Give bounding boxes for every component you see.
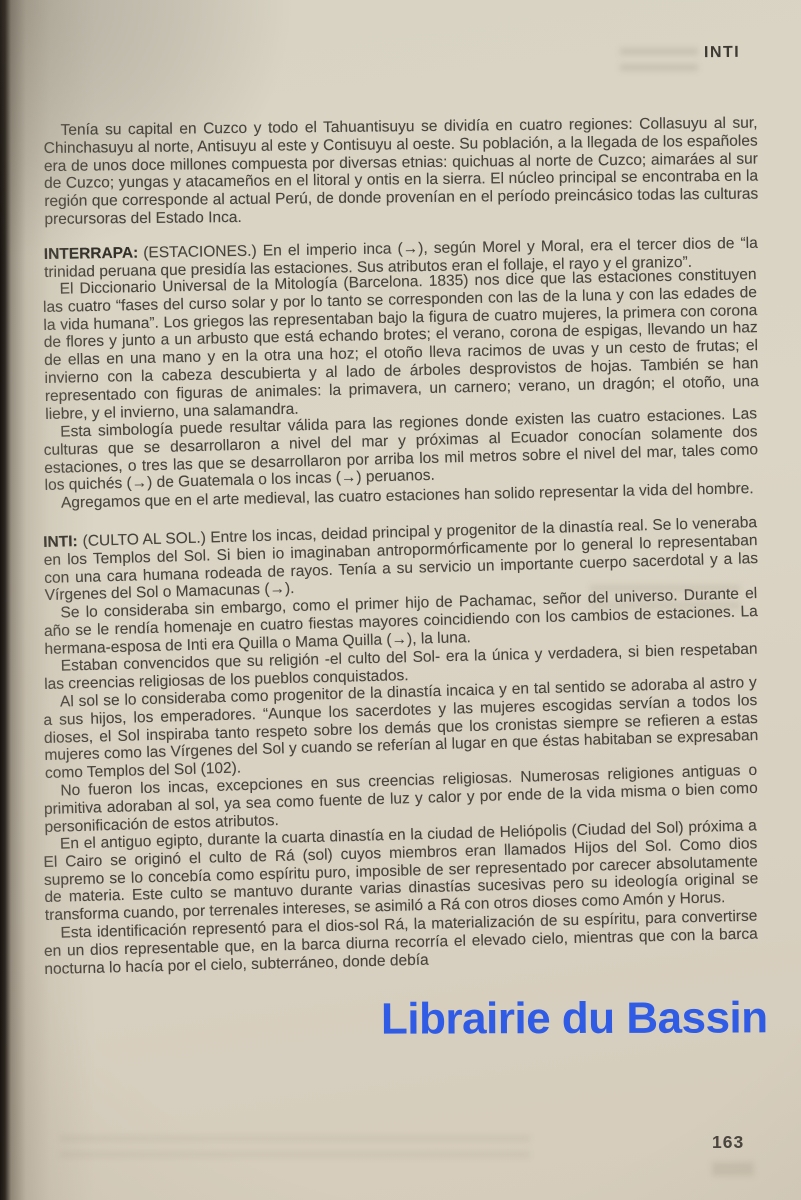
showthrough-ghost-pagenumber bbox=[712, 1162, 754, 1176]
page-number: 163 bbox=[712, 1132, 744, 1153]
running-header: INTI bbox=[704, 44, 740, 62]
entry-term: INTI: bbox=[43, 533, 83, 551]
entry-term: INTERRAPA: bbox=[44, 244, 144, 263]
paragraph-text: Tenía su capital en Cuzco y todo el Tahu… bbox=[44, 115, 759, 228]
page-text-column: Tenía su capital en Cuzco y todo el Tahu… bbox=[44, 122, 758, 979]
paragraph-diccionario-mitologia: El Diccionario Universal de la Mitología… bbox=[43, 266, 760, 423]
paragraph-text: El Diccionario Universal de la Mitología… bbox=[43, 266, 759, 422]
showthrough-ghost-bottom bbox=[60, 1135, 530, 1161]
showthrough-ghost-header bbox=[620, 48, 698, 78]
paragraph-egipto-ra: En el antiguo egipto, durante la cuarta … bbox=[43, 818, 759, 926]
book-page-photo: INTI Tenía su capital en Cuzco y todo el… bbox=[0, 0, 801, 1200]
bookseller-watermark: Librairie du Bassin bbox=[381, 993, 768, 1044]
paragraph-text: En el antiguo egipto, durante la cuarta … bbox=[43, 818, 758, 925]
paragraph-capital-cuzco: Tenía su capital en Cuzco y todo el Tahu… bbox=[43, 115, 758, 229]
